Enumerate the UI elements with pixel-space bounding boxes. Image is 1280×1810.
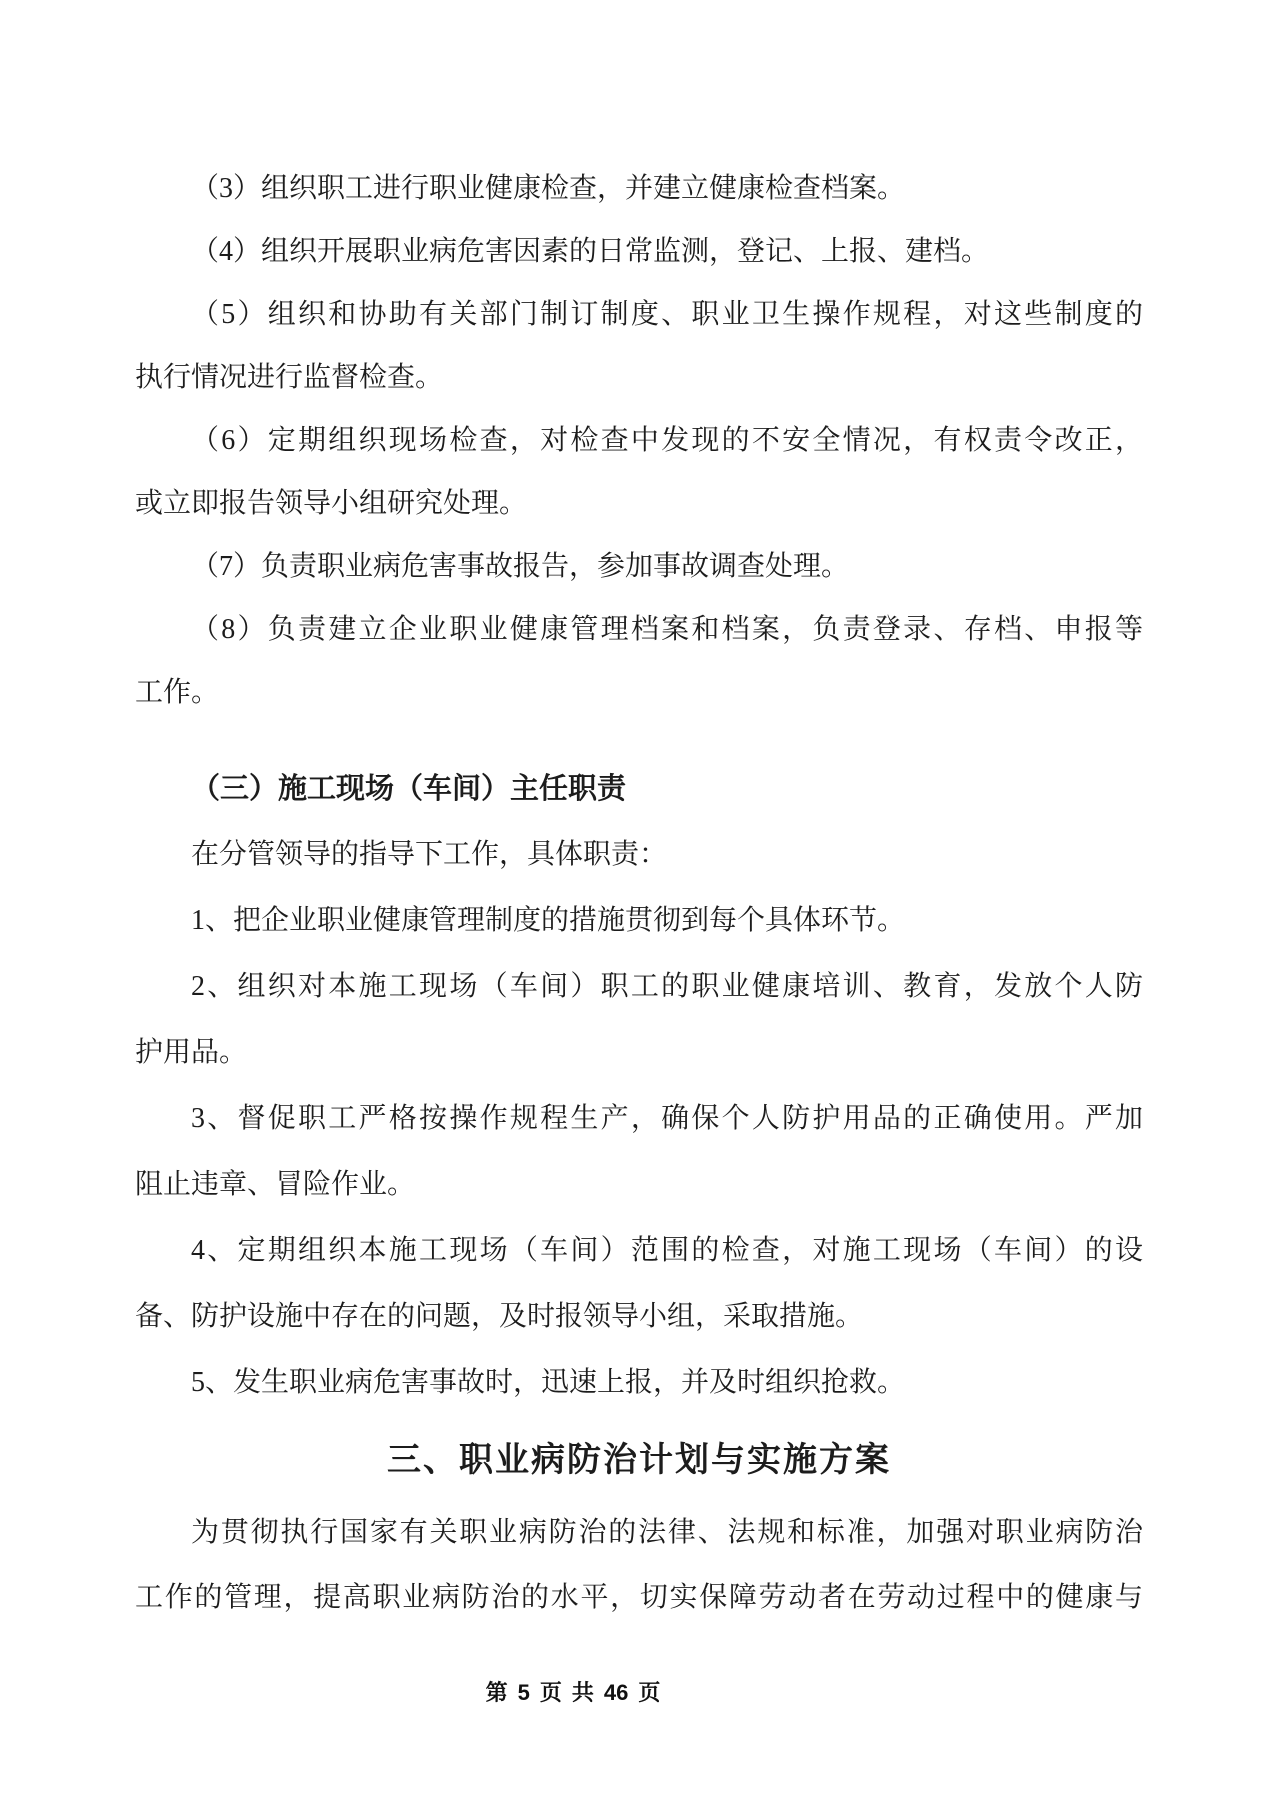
text-line: 或立即报告领导小组研究处理。 <box>135 472 1143 535</box>
text-line: 在分管领导的指导下工作，具体职责： <box>135 822 1143 888</box>
text-line: 4、定期组织本施工现场（车间）范围的检查，对施工现场（车间）的设 <box>135 1218 1143 1284</box>
text-line: 执行情况进行监督检查。 <box>135 346 1143 409</box>
text-line: 工作。 <box>135 661 1143 724</box>
text-line: 1、把企业职业健康管理制度的措施贯彻到每个具体环节。 <box>135 888 1143 954</box>
text-line: （4）组织开展职业病危害因素的日常监测，登记、上报、建档。 <box>135 220 1143 283</box>
text-line: （8）负责建立企业职业健康管理档案和档案，负责登录、存档、申报等 <box>135 598 1143 661</box>
chapter-heading: 三、职业病防治计划与实施方案 <box>135 1420 1143 1500</box>
text-line: （3）组织职工进行职业健康检查，并建立健康检查档案。 <box>135 157 1143 220</box>
text-line: 工作的管理，提高职业病防治的水平，切实保障劳动者在劳动过程中的健康与 <box>135 1565 1143 1630</box>
text-line: 备、防护设施中存在的问题，及时报领导小组，采取措施。 <box>135 1284 1143 1350</box>
text-line: （5）组织和协助有关部门制订制度、职业卫生操作规程，对这些制度的 <box>135 283 1143 346</box>
footer-label-gong: 共 <box>572 1680 594 1705</box>
text-line: （6）定期组织现场检查，对检查中发现的不安全情况，有权责令改正， <box>135 409 1143 472</box>
section-heading: （三）施工现场（车间）主任职责 <box>135 757 1143 822</box>
footer-label-di: 第 <box>486 1680 508 1705</box>
text-line: 护用品。 <box>135 1020 1143 1086</box>
footer-label-ye1: 页 <box>540 1680 562 1705</box>
footer-page-number: 5 <box>518 1680 530 1705</box>
document-body: （3）组织职工进行职业健康检查，并建立健康检查档案。（4）组织开展职业病危害因素… <box>135 157 1143 1630</box>
text-line: 为贯彻执行国家有关职业病防治的法律、法规和标准，加强对职业病防治 <box>135 1500 1143 1565</box>
text-line: 3、督促职工严格按操作规程生产，确保个人防护用品的正确使用。严加 <box>135 1086 1143 1152</box>
text-line: 2、组织对本施工现场（车间）职工的职业健康培训、教育，发放个人防 <box>135 954 1143 1020</box>
text-line: （7）负责职业病危害事故报告，参加事故调查处理。 <box>135 535 1143 598</box>
text-line: 5、发生职业病危害事故时，迅速上报，并及时组织抢救。 <box>135 1350 1143 1416</box>
footer-label-ye2: 页 <box>638 1680 660 1705</box>
footer-total-pages: 46 <box>604 1680 628 1705</box>
document-page: （3）组织职工进行职业健康检查，并建立健康检查档案。（4）组织开展职业病危害因素… <box>0 0 1280 1810</box>
page-footer: 第5页共46页 <box>0 1671 1146 1715</box>
text-line: 阻止违章、冒险作业。 <box>135 1152 1143 1218</box>
